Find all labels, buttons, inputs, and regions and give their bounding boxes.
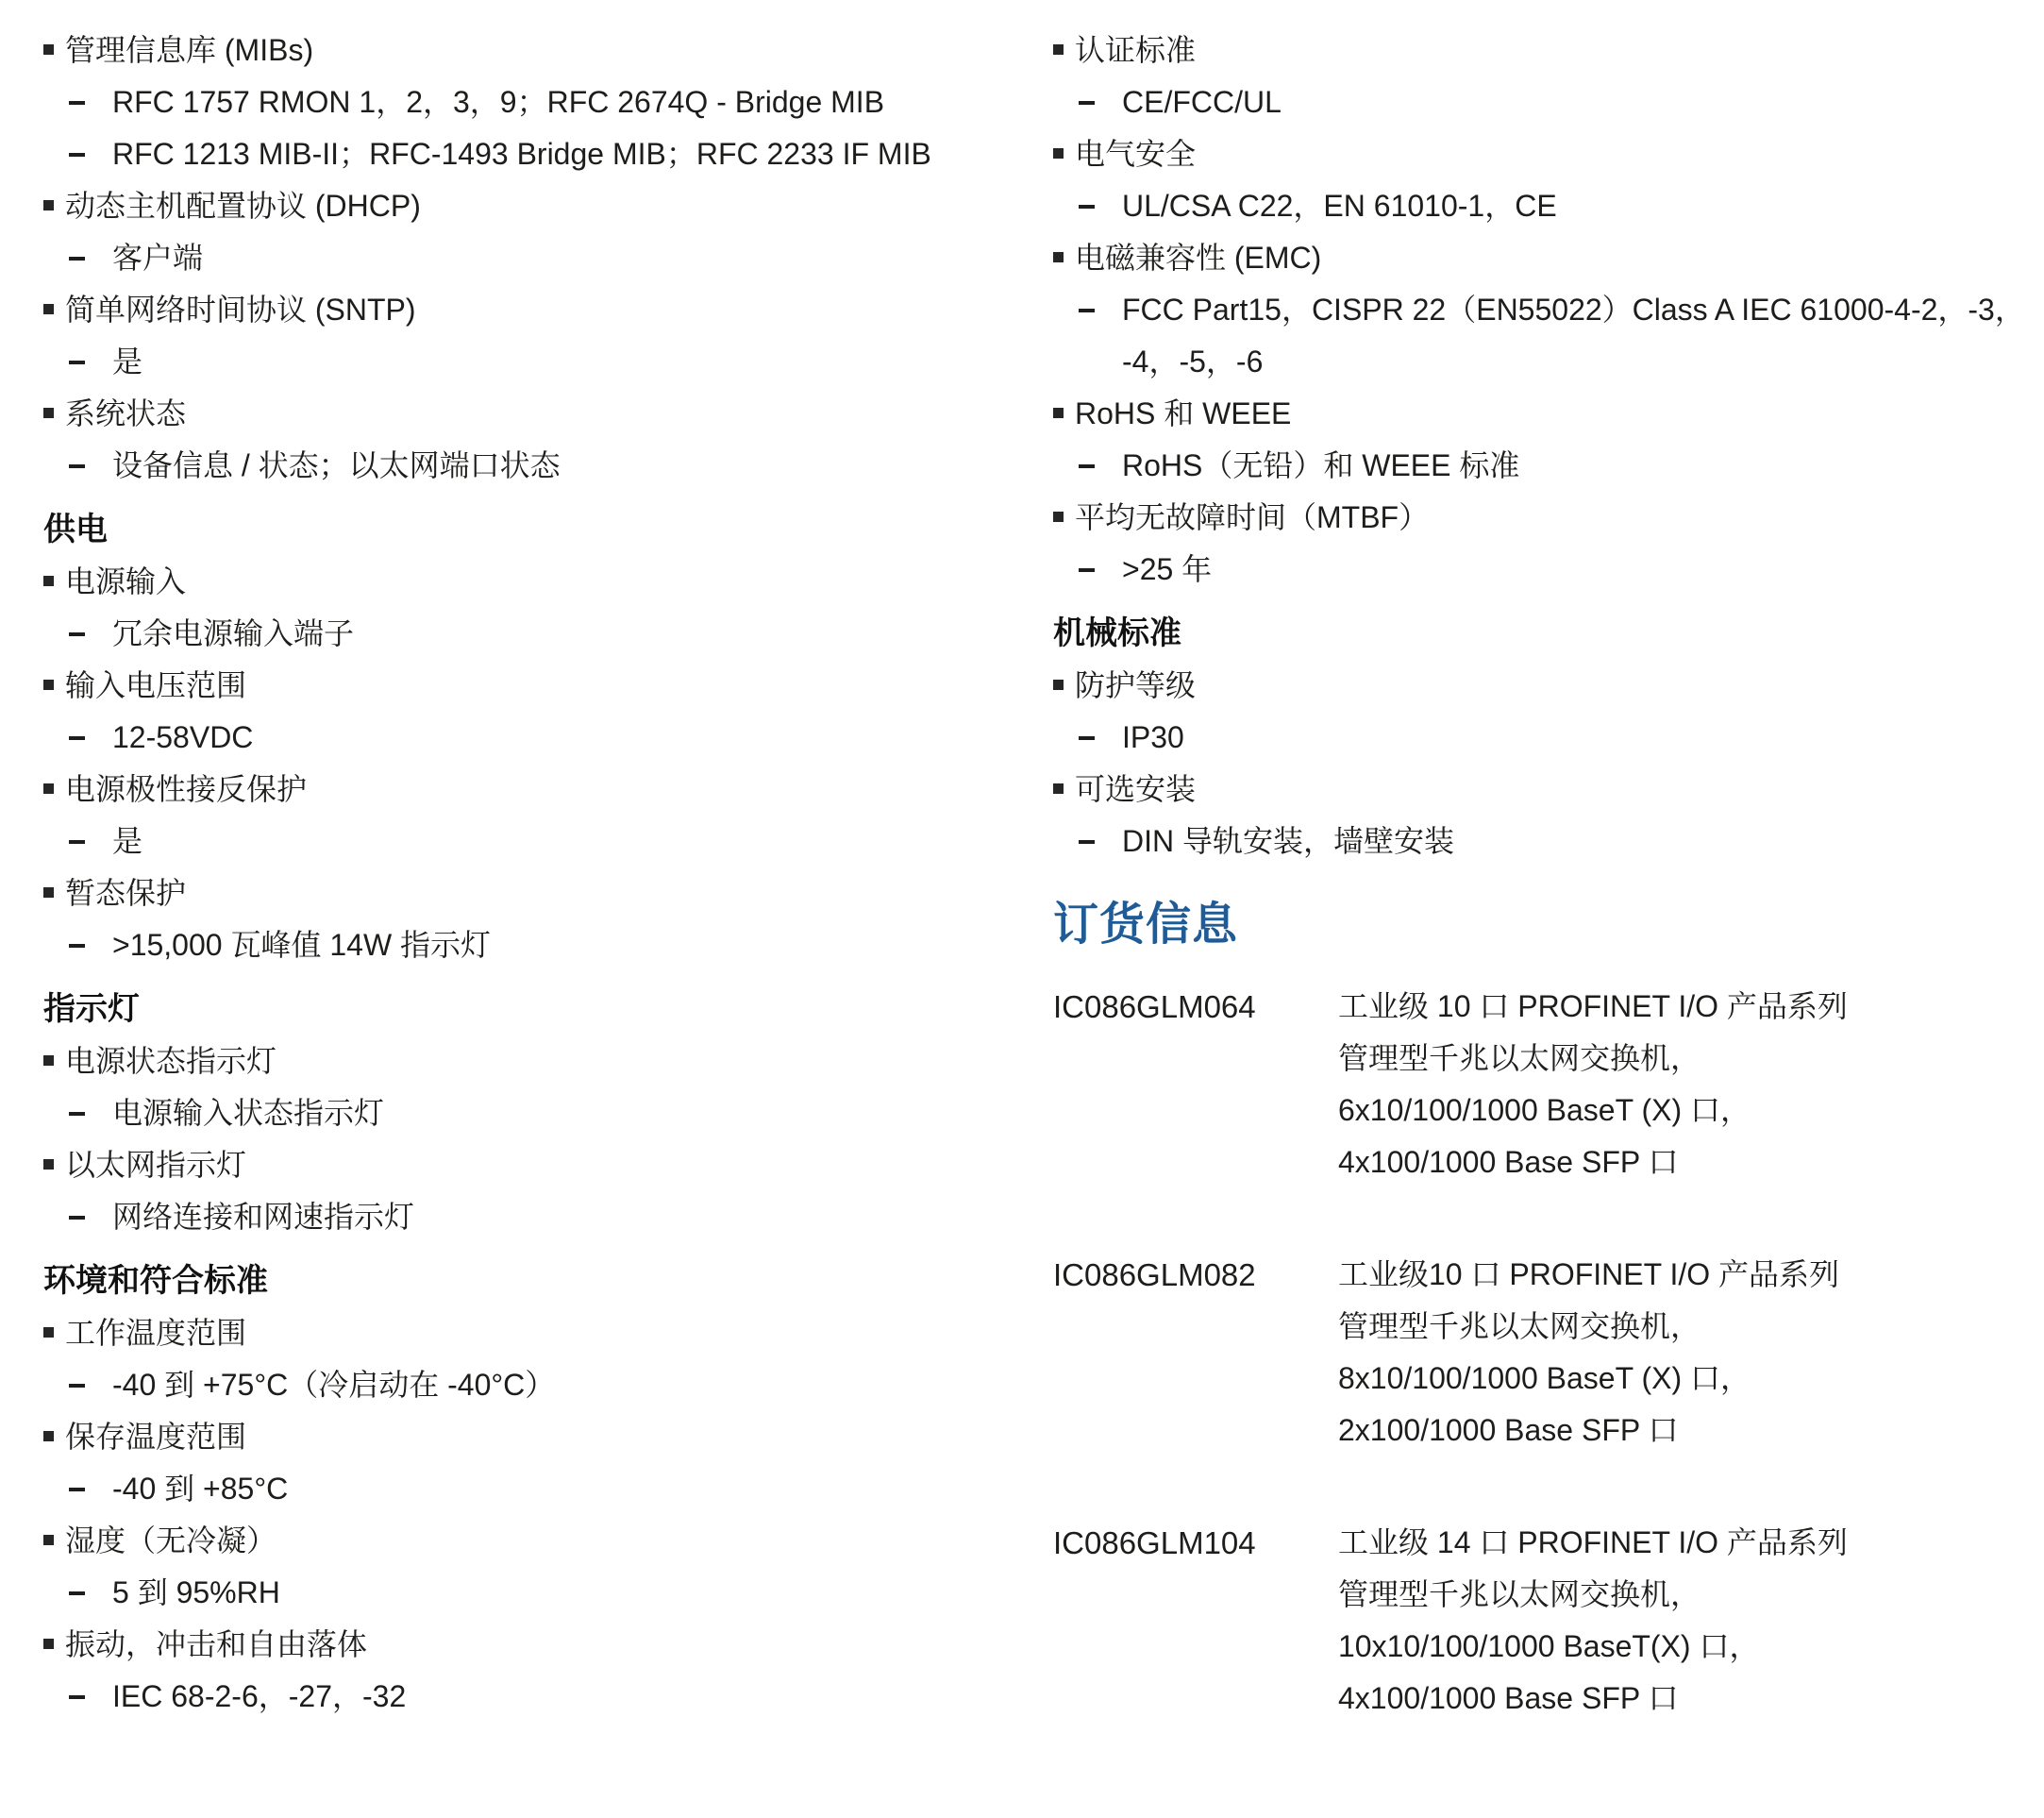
ordering-section: 订货信息 IC086GLM064工业级 10 口 PROFINET I/O 产品…: [1053, 898, 2035, 1725]
bullet-square-icon: [43, 200, 54, 210]
spec-item: 电源输入: [43, 556, 1006, 608]
spec-subitem: 客户端: [43, 232, 1006, 284]
spec-item: 保存温度范围: [43, 1411, 1006, 1463]
spec-item-label: 可选安装: [1075, 772, 1196, 806]
dash-icon: [69, 840, 85, 844]
spec-subitem-continuation: -4，-5，-6: [1053, 336, 2035, 388]
section-header: 供电: [43, 504, 1006, 556]
spec-subitem: >15,000 瓦峰值 14W 指示灯: [43, 919, 1006, 971]
product-model: IC086GLM104: [1053, 1517, 1338, 1725]
spec-item-label: 系统状态: [65, 396, 186, 430]
spec-item: 可选安装: [1053, 764, 2035, 816]
dash-icon: [69, 1695, 85, 1699]
dash-icon: [69, 361, 85, 364]
dash-icon: [69, 153, 85, 157]
spec-item-label: RoHS 和 WEEE: [1075, 396, 1291, 430]
ordering-row: IC086GLM082工业级10 口 PROFINET I/O 产品系列管理型千…: [1053, 1249, 2035, 1456]
spec-subitem-text: 网络连接和网速指示灯: [112, 1200, 414, 1234]
spec-item-label: 平均无故障时间（MTBF）: [1075, 500, 1429, 534]
spec-item: 电磁兼容性 (EMC): [1053, 232, 2035, 284]
dash-icon: [1079, 309, 1095, 312]
product-description-line: 6x10/100/1000 BaseT (X) 口，: [1338, 1085, 1848, 1136]
spec-item: 暂态保护: [43, 867, 1006, 919]
spec-item-label: 输入电压范围: [65, 668, 246, 702]
bullet-square-icon: [43, 887, 54, 898]
spec-subitem: RoHS（无铅）和 WEEE 标准: [1053, 440, 2035, 492]
spec-subitem: IEC 68-2-6，-27，-32: [43, 1671, 1006, 1723]
dash-icon: [1079, 464, 1095, 468]
right-column: 认证标准CE/FCC/UL电气安全UL/CSA C22，EN 61010-1，C…: [1053, 25, 2035, 1725]
bullet-square-icon: [43, 304, 54, 314]
section-header: 环境和符合标准: [43, 1255, 1006, 1307]
bullet-square-icon: [43, 1159, 54, 1170]
spec-columns: 管理信息库 (MIBs)RFC 1757 RMON 1，2，3，9；RFC 26…: [0, 25, 2044, 1725]
dash-icon: [1079, 568, 1095, 572]
dash-icon: [1079, 736, 1095, 740]
bullet-square-icon: [43, 1327, 54, 1338]
bullet-square-icon: [43, 44, 54, 55]
product-model: IC086GLM082: [1053, 1249, 1338, 1456]
product-description-line: 4x100/1000 Base SFP 口: [1338, 1136, 1848, 1188]
spec-item-label: 电源输入: [65, 564, 186, 598]
product-description-line: 管理型千兆以太网交换机，: [1338, 1301, 1839, 1353]
spec-subitem: -40 到 +75°C（冷启动在 -40°C）: [43, 1359, 1006, 1411]
dash-icon: [69, 101, 85, 105]
dash-icon: [69, 257, 85, 261]
ordering-row: IC086GLM064工业级 10 口 PROFINET I/O 产品系列管理型…: [1053, 981, 2035, 1188]
spec-subitem-text: 12-58VDC: [112, 720, 253, 754]
spec-item: 电源极性接反保护: [43, 764, 1006, 816]
spec-subitem: >25 年: [1053, 544, 2035, 596]
section-header: 机械标准: [1053, 608, 2035, 660]
dash-icon: [69, 1591, 85, 1595]
bullet-square-icon: [43, 1535, 54, 1545]
spec-item: 平均无故障时间（MTBF）: [1053, 492, 2035, 544]
product-description: 工业级10 口 PROFINET I/O 产品系列管理型千兆以太网交换机，8x1…: [1338, 1249, 1839, 1456]
spec-subitem-text: 设备信息 / 状态；以太网端口状态: [112, 448, 561, 482]
product-description-line: 4x100/1000 Base SFP 口: [1338, 1673, 1848, 1725]
bullet-square-icon: [43, 1055, 54, 1066]
ordering-title: 订货信息: [1053, 898, 2035, 952]
bullet-square-icon: [43, 1431, 54, 1441]
spec-item: 认证标准: [1053, 25, 2035, 76]
bullet-square-icon: [1053, 783, 1064, 794]
spec-subitem-text: FCC Part15，CISPR 22（EN55022）Class A IEC …: [1122, 293, 2025, 327]
spec-subitem-text: 是: [112, 345, 142, 379]
spec-subitem: 是: [43, 816, 1006, 867]
product-description: 工业级 14 口 PROFINET I/O 产品系列管理型千兆以太网交换机，10…: [1338, 1517, 1848, 1725]
spec-subitem-text: >15,000 瓦峰值 14W 指示灯: [112, 928, 491, 962]
product-description-line: 工业级10 口 PROFINET I/O 产品系列: [1338, 1249, 1839, 1301]
dash-icon: [69, 736, 85, 740]
spec-subitem-text: UL/CSA C22，EN 61010-1，CE: [1122, 189, 1557, 223]
spec-subitem: RFC 1213 MIB-II；RFC-1493 Bridge MIB；RFC …: [43, 128, 1006, 180]
dash-icon: [69, 944, 85, 948]
left-column: 管理信息库 (MIBs)RFC 1757 RMON 1，2，3，9；RFC 26…: [43, 25, 1006, 1723]
spec-subitem-text: RoHS（无铅）和 WEEE 标准: [1122, 448, 1519, 482]
spec-item-label: 以太网指示灯: [65, 1148, 246, 1182]
spec-subitem-text: -40 到 +75°C（冷启动在 -40°C）: [112, 1368, 555, 1402]
spec-subitem: 网络连接和网速指示灯: [43, 1191, 1006, 1243]
product-model: IC086GLM064: [1053, 981, 1338, 1188]
dash-icon: [69, 1112, 85, 1116]
spec-item: 电源状态指示灯: [43, 1035, 1006, 1087]
dash-icon: [1079, 205, 1095, 209]
spec-item: 动态主机配置协议 (DHCP): [43, 180, 1006, 232]
spec-subitem-text: 是: [112, 824, 142, 858]
spec-subitem-text: 客户端: [112, 241, 203, 275]
dash-icon: [1079, 101, 1095, 105]
product-description-line: 管理型千兆以太网交换机，: [1338, 1033, 1848, 1085]
spec-item-label: 工作温度范围: [65, 1316, 246, 1350]
spec-item-label: 保存温度范围: [65, 1420, 246, 1454]
dash-icon: [69, 1384, 85, 1388]
spec-subitem: 电源输入状态指示灯: [43, 1087, 1006, 1139]
spec-subitem-text: DIN 导轨安装，墙壁安装: [1122, 824, 1454, 858]
product-description-line: 管理型千兆以太网交换机，: [1338, 1569, 1848, 1621]
spec-subitem: 5 到 95%RH: [43, 1567, 1006, 1619]
bullet-square-icon: [43, 783, 54, 794]
spec-item: 防护等级: [1053, 660, 2035, 712]
spec-subitem: IP30: [1053, 712, 2035, 764]
spec-item-label: 认证标准: [1075, 33, 1196, 67]
spec-subitem: DIN 导轨安装，墙壁安装: [1053, 816, 2035, 867]
spec-item: 输入电压范围: [43, 660, 1006, 712]
spec-item: RoHS 和 WEEE: [1053, 388, 2035, 440]
product-description-line: 工业级 10 口 PROFINET I/O 产品系列: [1338, 981, 1848, 1033]
spec-subitem-text: 冗余电源输入端子: [112, 616, 354, 650]
spec-item: 电气安全: [1053, 128, 2035, 180]
spec-item: 以太网指示灯: [43, 1139, 1006, 1191]
spec-subitem: 设备信息 / 状态；以太网端口状态: [43, 440, 1006, 492]
spec-item: 工作温度范围: [43, 1307, 1006, 1359]
dash-icon: [69, 632, 85, 636]
spec-subitem: -40 到 +85°C: [43, 1463, 1006, 1515]
section-header: 指示灯: [43, 984, 1006, 1035]
bullet-square-icon: [1053, 512, 1064, 522]
datasheet-page: 管理信息库 (MIBs)RFC 1757 RMON 1，2，3，9；RFC 26…: [0, 0, 2044, 1818]
bullet-square-icon: [43, 680, 54, 690]
bullet-square-icon: [43, 408, 54, 418]
spec-subitem: RFC 1757 RMON 1，2，3，9；RFC 2674Q - Bridge…: [43, 76, 1006, 128]
spec-subitem-text: -40 到 +85°C: [112, 1472, 288, 1506]
product-description-line: 10x10/100/1000 BaseT(X) 口，: [1338, 1621, 1848, 1673]
bullet-square-icon: [1053, 44, 1064, 55]
spec-item-label: 电源状态指示灯: [65, 1044, 276, 1078]
dash-icon: [69, 1216, 85, 1220]
bullet-square-icon: [43, 1639, 54, 1649]
spec-item-label: 电源极性接反保护: [65, 772, 307, 806]
spec-item: 简单网络时间协议 (SNTP): [43, 284, 1006, 336]
spec-subitem: CE/FCC/UL: [1053, 76, 2035, 128]
bullet-square-icon: [1053, 680, 1064, 690]
spec-subitem-text: RFC 1757 RMON 1，2，3，9；RFC 2674Q - Bridge…: [112, 85, 884, 119]
spec-subitem-text: CE/FCC/UL: [1122, 85, 1282, 119]
spec-item-label: 电磁兼容性 (EMC): [1075, 241, 1321, 275]
spec-item: 系统状态: [43, 388, 1006, 440]
product-description-line: 8x10/100/1000 BaseT (X) 口，: [1338, 1353, 1839, 1405]
bullet-square-icon: [43, 576, 54, 586]
dash-icon: [69, 1488, 85, 1491]
spec-subitem: 是: [43, 336, 1006, 388]
spec-subitem-text: >25 年: [1122, 552, 1212, 586]
spec-item-label: 电气安全: [1075, 137, 1196, 171]
spec-subitem-text: IEC 68-2-6，-27，-32: [112, 1679, 406, 1713]
spec-item-label: 动态主机配置协议 (DHCP): [65, 189, 421, 223]
spec-subitem: 12-58VDC: [43, 712, 1006, 764]
spec-subitem-text: 电源输入状态指示灯: [112, 1096, 384, 1130]
dash-icon: [1079, 840, 1095, 844]
spec-item-label: 湿度（无冷凝）: [65, 1523, 276, 1557]
spec-subitem-text: 5 到 95%RH: [112, 1575, 280, 1609]
spec-subitem-text: RFC 1213 MIB-II；RFC-1493 Bridge MIB；RFC …: [112, 137, 931, 171]
spec-subitem: 冗余电源输入端子: [43, 608, 1006, 660]
spec-subitem: UL/CSA C22，EN 61010-1，CE: [1053, 180, 2035, 232]
spec-item: 湿度（无冷凝）: [43, 1515, 1006, 1567]
product-description: 工业级 10 口 PROFINET I/O 产品系列管理型千兆以太网交换机，6x…: [1338, 981, 1848, 1188]
bullet-square-icon: [1053, 408, 1064, 418]
spec-item-label: 暂态保护: [65, 876, 186, 910]
ordering-row: IC086GLM104工业级 14 口 PROFINET I/O 产品系列管理型…: [1053, 1517, 2035, 1725]
bullet-square-icon: [1053, 148, 1064, 159]
spec-item-label: 管理信息库 (MIBs): [65, 33, 313, 67]
spec-item-label: 简单网络时间协议 (SNTP): [65, 293, 416, 327]
dash-icon: [69, 464, 85, 468]
spec-subitem: FCC Part15，CISPR 22（EN55022）Class A IEC …: [1053, 284, 2035, 336]
spec-item: 振动，冲击和自由落体: [43, 1619, 1006, 1671]
spec-item-label: 防护等级: [1075, 668, 1196, 702]
ordering-rows: IC086GLM064工业级 10 口 PROFINET I/O 产品系列管理型…: [1053, 981, 2035, 1725]
product-description-line: 工业级 14 口 PROFINET I/O 产品系列: [1338, 1517, 1848, 1569]
spec-subitem-text: IP30: [1122, 720, 1184, 754]
bullet-square-icon: [1053, 252, 1064, 262]
product-description-line: 2x100/1000 Base SFP 口: [1338, 1405, 1839, 1456]
spec-item: 管理信息库 (MIBs): [43, 25, 1006, 76]
spec-item-label: 振动，冲击和自由落体: [65, 1627, 367, 1661]
